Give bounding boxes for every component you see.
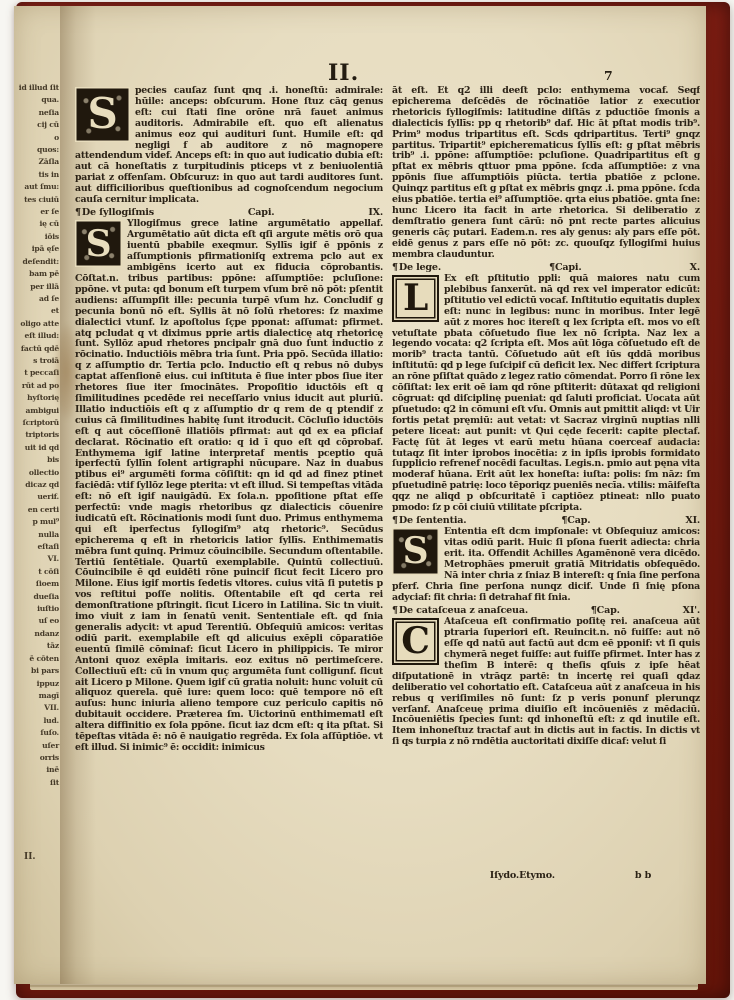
page-edge-fragment: VI. [16, 553, 59, 565]
chapter-heading-de-syllogismis: ¶De ſyllogiſmis Capi. IX. [75, 207, 383, 219]
paragraph-sententia: SEntentia eſt dcm impſonale: vt Obſequiu… [392, 527, 700, 603]
heading-title-text: De ſyllogiſmis [82, 207, 154, 218]
woodcut-initial-L: L [392, 275, 439, 322]
page-edge-fragment: cij cū [16, 119, 59, 131]
page-edge-fragment: er ſe [16, 206, 59, 218]
page-edge-fragment: ambigui [16, 405, 59, 417]
heading-title: ¶De ſententia. [392, 515, 466, 527]
heading-cap-label: Capi. [154, 207, 368, 219]
page-edge-fragment: nulla [16, 529, 59, 541]
page-edge-fragment: et [16, 305, 59, 317]
signature-line: Iſydo.Etymo. b b [392, 870, 700, 881]
page-edge-fragment: uſ eo [16, 615, 59, 627]
capitulum-mark: ¶ [392, 515, 398, 526]
page-edge-fragment: bi pars [16, 665, 59, 677]
paragraph-species-causarum: Species cauſaz ſunt qnq .i. honeſtū: adm… [75, 86, 383, 206]
chapter-heading-de-sententia: ¶De ſententia. ¶Cap. XI. [392, 515, 700, 527]
heading-title: ¶De cataſceua z anaſceua. [392, 605, 528, 617]
page-edge-fragment: qua. [16, 94, 59, 106]
text-block: Species cauſaz ſunt qnq .i. honeſtū: adm… [75, 86, 701, 882]
heading-title-text: De lege. [399, 262, 441, 273]
page-edge-fragment: t cōſi [16, 566, 59, 578]
page-edge-fragment: factū qdē [16, 343, 59, 355]
page-edge-fragment: aut ſmu: [16, 181, 59, 193]
gutter-edge-previous-page: id illud ſitqua.neſiacij cūoquos:Zāſlati… [16, 82, 62, 882]
page-edge-fragment: tis in [16, 169, 59, 181]
paragraph-enthymema: āt eſt. Et q2 illi deeſt pclo: enthymema… [392, 86, 700, 261]
heading-cap-label: ¶Cap. [466, 515, 685, 527]
page-edge-fragment: uit id qd [16, 442, 59, 454]
page-edge-fragment: rūt ad po [16, 380, 59, 392]
page-edge-fragment: dueſia [16, 591, 59, 603]
capitulum-mark: ¶ [392, 262, 398, 273]
page-edge-fragment: ad ſe [16, 293, 59, 305]
heading-chapter-number: XI'. [683, 605, 700, 617]
paragraph-syllogismus: SYllogiſmus grece latine argumētatio app… [75, 219, 383, 753]
page-edge-fragment: ē cōten [16, 653, 59, 665]
page-edge-fragment: t peccaſi [16, 367, 59, 379]
chapter-heading-de-lege: ¶De lege. ¶Capi. X. [392, 262, 700, 274]
page-edge-fragment: id illud ſit [16, 82, 59, 94]
page-edge-fragment: p mul⁹ [16, 516, 59, 528]
page-edge-fragment: dicaz qd [16, 479, 59, 491]
heading-title: ¶De ſyllogiſmis [75, 207, 154, 219]
page-edge-fragment: ię cū [16, 218, 59, 230]
book-page: id illud ſitqua.neſiacij cūoquos:Zāſlati… [14, 6, 706, 984]
quire-mark: b b [635, 870, 651, 881]
heading-title-text: De cataſceua z anaſceua. [399, 605, 528, 616]
paragraph-lex: LEx eſt pſtitutio ppli: quā maiores natu… [392, 274, 700, 514]
page-edge-fragment: neſia [16, 107, 59, 119]
book-numeral: II. [328, 60, 359, 86]
woodcut-initial-C: C [392, 618, 439, 665]
page-edge-fragment: triptoris [16, 429, 59, 441]
capitulum-mark: ¶ [75, 207, 81, 218]
woodcut-initial-S: S [392, 528, 439, 575]
photo-background: id illud ſitqua.neſiacij cūoquos:Zāſlati… [0, 0, 734, 1000]
heading-chapter-number: X. [690, 262, 700, 274]
gutter-bottom-mark: II. [24, 852, 36, 862]
page-edge-fragment: VII. [16, 702, 59, 714]
page-edge-fragment: eſt illud: [16, 330, 59, 342]
page-edge-fragment: hyſtorię [16, 392, 59, 404]
folio-number: 7 [604, 68, 613, 83]
heading-chapter-number: XI. [685, 515, 700, 527]
page-edge-fragment: eſtaſi [16, 541, 59, 553]
page-edge-fragment: tāz [16, 640, 59, 652]
page-edge-fragment: o [16, 132, 59, 144]
heading-chapter-number: IX. [368, 207, 383, 219]
page-edge-fragment: ndanz [16, 628, 59, 640]
page-edge-fragment: deſendit: [16, 256, 59, 268]
page-edge-fragment: Zāſla [16, 156, 59, 168]
heading-cap-label: ¶Capi. [441, 262, 690, 274]
page-edge-fragment: ollectio [16, 467, 59, 479]
paragraph-text: āt eſt. Et q2 illi deeſt pclo: enthymema… [392, 86, 700, 260]
capitulum-mark: ¶ [392, 605, 398, 616]
page-edge-fragment: ipā ęſe [16, 243, 59, 255]
heading-title: ¶De lege. [392, 262, 441, 274]
page-edge-fragment: inē [16, 764, 59, 776]
page-edge-fragment: ſcriptorū [16, 417, 59, 429]
text-column-right: āt eſt. Et q2 illi deeſt pclo: enthymema… [392, 86, 700, 882]
page-edge-fragment: s troiā [16, 355, 59, 367]
paragraph-text: Yllogiſmus grece latine argumētatio appe… [75, 218, 383, 753]
page-edge-fragment: quos: [16, 144, 59, 156]
page-edge-fragment: lud. [16, 715, 59, 727]
woodcut-initial-S: S [75, 87, 130, 142]
heading-cap-label: ¶Cap. [528, 605, 683, 617]
page-edge-fragment: en certi [16, 504, 59, 516]
woodcut-initial-S: S [75, 220, 122, 267]
chapter-heading-de-catasceua: ¶De cataſceua z anaſceua. ¶Cap. XI'. [392, 605, 700, 617]
paragraph-catasceua: CAtaſceua eſt confirmatio poſitę rei. an… [392, 617, 700, 748]
signature-title: Iſydo.Etymo. [490, 870, 555, 881]
page-edge-fragment: bis [16, 454, 59, 466]
page-edge-fragment: bam pē [16, 268, 59, 280]
page-edge-fragment: orris [16, 752, 59, 764]
page-edge-fragment: iuſtio [16, 603, 59, 615]
page-edge-fragment: uſer [16, 740, 59, 752]
heading-title-text: De ſententia. [399, 515, 467, 526]
page-edge-fragment: ippuz [16, 678, 59, 690]
page-edge-fragment: per illā [16, 281, 59, 293]
page-edge-fragment: iōis [16, 231, 59, 243]
page-edge-fragment: uerif. [16, 491, 59, 503]
text-column-left: Species cauſaz ſunt qnq .i. honeſtū: adm… [75, 86, 383, 882]
page-edge-fragment: ſit [16, 777, 59, 789]
page-edge-fragment: ſuſo. [16, 727, 59, 739]
page-edge-fragment: tes ciuiū [16, 194, 59, 206]
page-edge-fragment: ſioem [16, 578, 59, 590]
page-edge-fragment: oligo atte [16, 318, 59, 330]
page-edge-fragment: magī [16, 690, 59, 702]
